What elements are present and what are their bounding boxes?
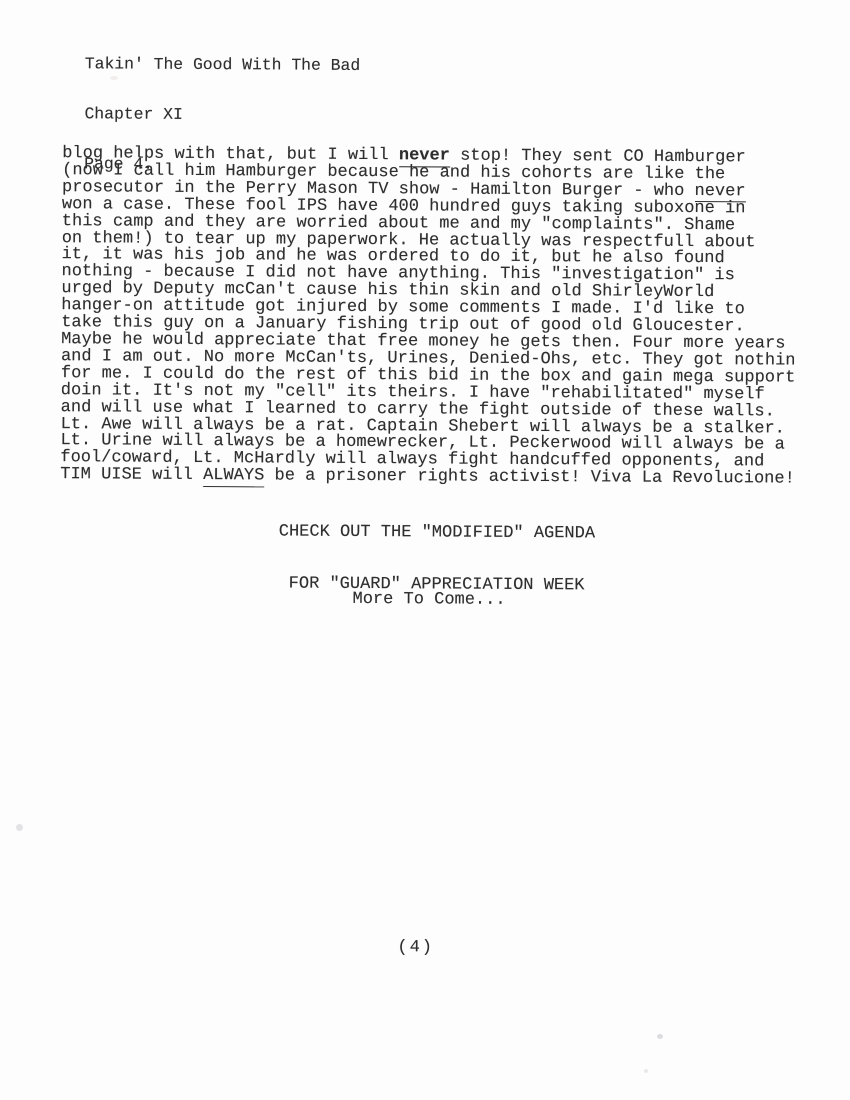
agenda-line-1: CHECK OUT THE "MODIFIED" AGENDA — [276, 524, 598, 543]
document-body: blog helps with that, but I will never s… — [60, 146, 797, 489]
scan-artifact-speck — [657, 1034, 663, 1039]
page-content: Takin' The Good With The Bad Chapter XI … — [0, 0, 850, 1100]
scan-artifact-speck — [16, 824, 23, 831]
more-to-come-text: More To Come... — [352, 590, 505, 610]
scanned-document-page: Takin' The Good With The Bad Chapter XI … — [0, 0, 850, 1100]
scan-artifact-speck — [644, 1069, 648, 1073]
header-chapter: Chapter XI — [84, 106, 360, 124]
page-number: (4) — [397, 938, 434, 957]
scan-artifact-speck — [110, 76, 118, 80]
header-title: Takin' The Good With The Bad — [85, 56, 361, 74]
body-line: TIM UISE will ALWAYS be a prisoner right… — [60, 467, 795, 488]
